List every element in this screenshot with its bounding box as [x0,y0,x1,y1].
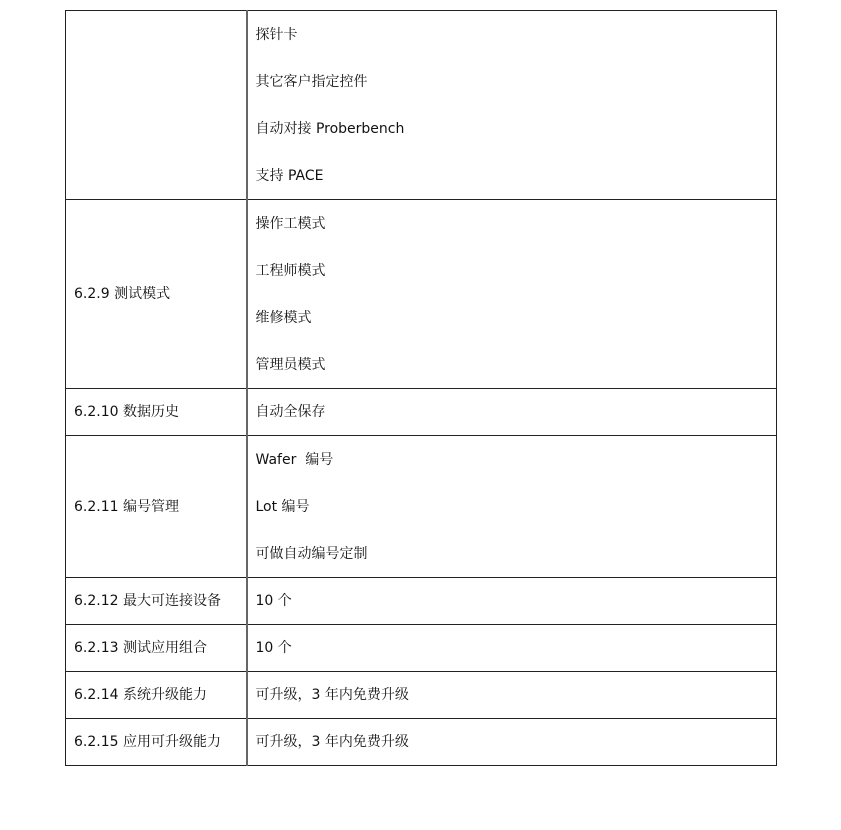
table-row: 6.2.9 测试模式 操作工模式 工程师模式 维修模式 管理员模式 [66,200,777,389]
value-item: 自动对接 Proberbench [256,105,769,152]
row-label: 6.2.10 数据历史 [66,389,247,436]
row-values: 操作工模式 工程师模式 维修模式 管理员模式 [247,200,777,389]
row-label: 6.2.12 最大可连接设备 [66,578,247,625]
table-row: 6.2.10 数据历史 自动全保存 [66,389,777,436]
table-row: 6.2.12 最大可连接设备 10 个 [66,578,777,625]
spec-table: 探针卡 其它客户指定控件 自动对接 Proberbench 支持 PACE 6.… [65,10,777,766]
table-row: 探针卡 其它客户指定控件 自动对接 Proberbench 支持 PACE [66,11,777,200]
value-item: 管理员模式 [256,341,769,388]
row-label: 6.2.13 测试应用组合 [66,625,247,672]
value-item: 工程师模式 [256,247,769,294]
value-item: 探针卡 [256,11,769,58]
row-label: 6.2.14 系统升级能力 [66,672,247,719]
table-row: 6.2.13 测试应用组合 10 个 [66,625,777,672]
table-row: 6.2.15 应用可升级能力 可升级，3 年内免费升级 [66,719,777,766]
table-row: 6.2.14 系统升级能力 可升级，3 年内免费升级 [66,672,777,719]
row-value: 自动全保存 [247,389,777,436]
row-value: 10 个 [247,578,777,625]
table-row: 6.2.11 编号管理 Wafer 编号 Lot 编号 可做自动编号定制 [66,436,777,578]
row-values: 探针卡 其它客户指定控件 自动对接 Proberbench 支持 PACE [247,11,777,200]
row-value: 可升级，3 年内免费升级 [247,719,777,766]
row-label: 6.2.15 应用可升级能力 [66,719,247,766]
value-item: Lot 编号 [256,483,769,530]
value-item: Wafer 编号 [256,436,769,483]
value-item: 维修模式 [256,294,769,341]
row-values: Wafer 编号 Lot 编号 可做自动编号定制 [247,436,777,578]
row-value: 10 个 [247,625,777,672]
value-item: 其它客户指定控件 [256,58,769,105]
row-label: 6.2.11 编号管理 [66,436,247,578]
row-value: 可升级，3 年内免费升级 [247,672,777,719]
value-item: 可做自动编号定制 [256,530,769,577]
value-item: 操作工模式 [256,200,769,247]
value-item: 支持 PACE [256,152,769,199]
row-label: 6.2.9 测试模式 [66,200,247,389]
row-label [66,11,247,200]
